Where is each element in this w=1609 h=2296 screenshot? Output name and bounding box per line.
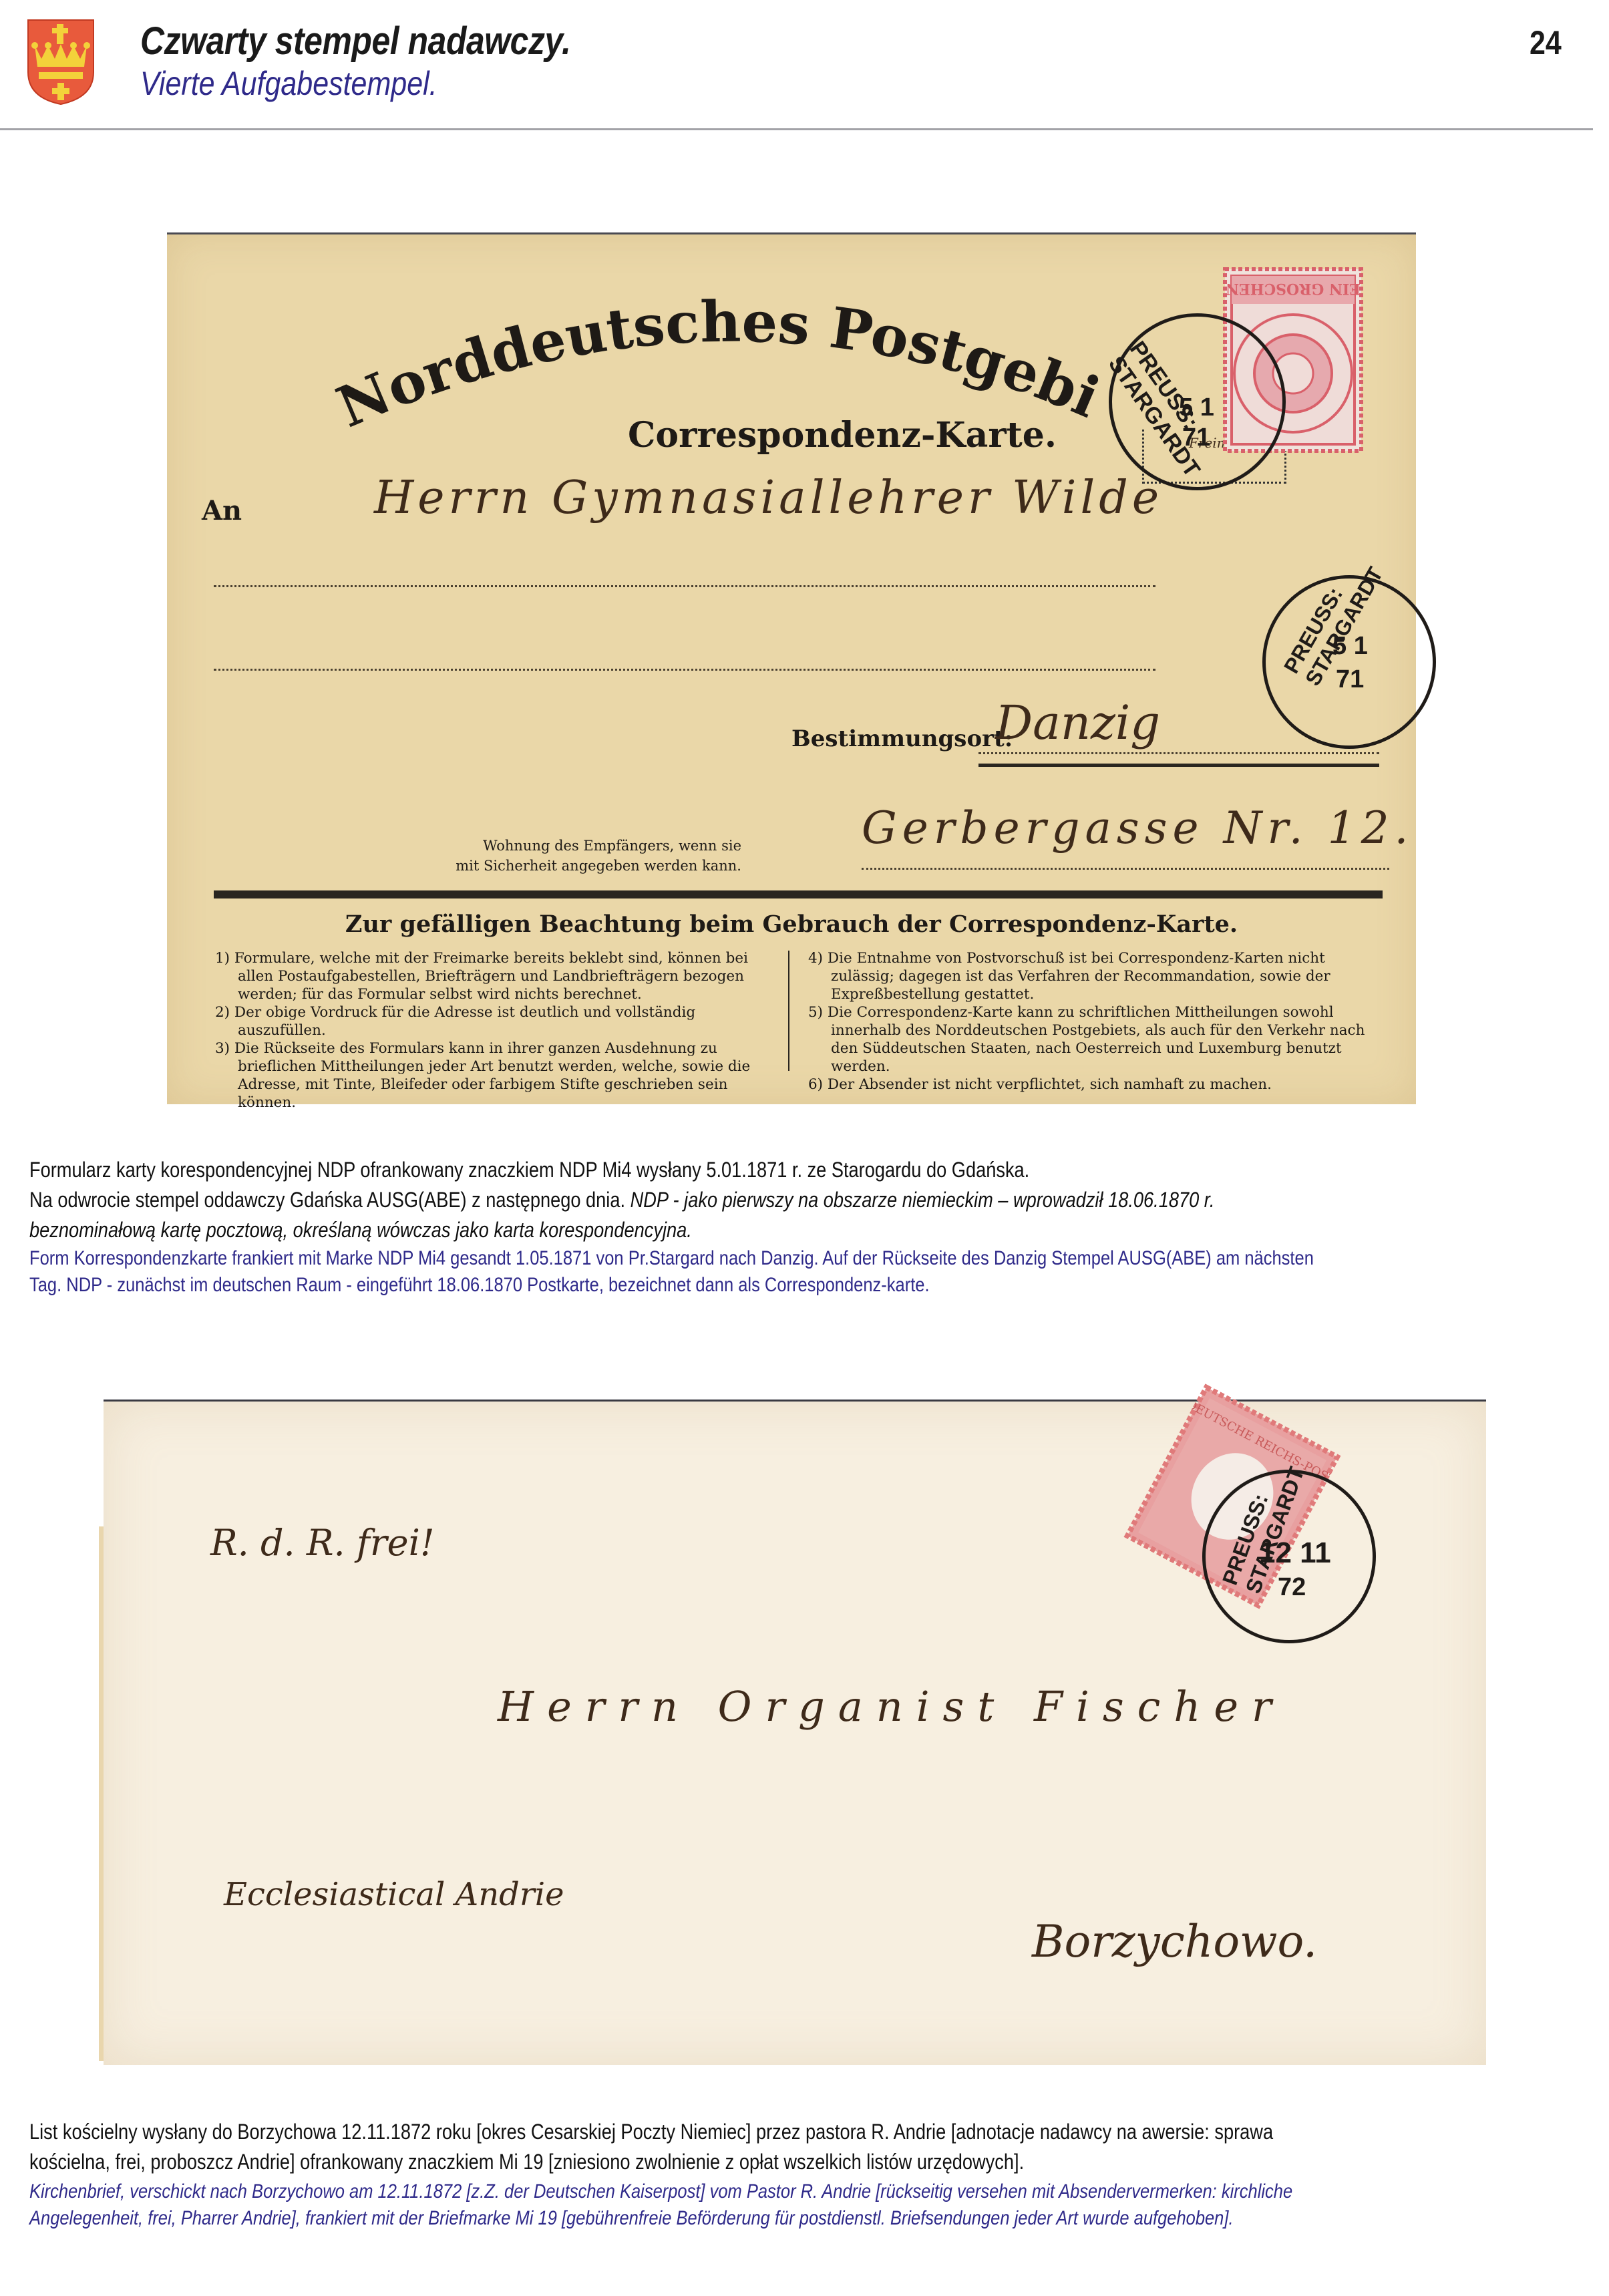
cancel-year: 71	[1182, 424, 1210, 452]
destination-handwritten: Borzychowo.	[1032, 1916, 1317, 1967]
cancel-year: 71	[1336, 665, 1364, 694]
caption-1-german-line: Tag. NDP - zunächst im deutschen Raum - …	[29, 1273, 1505, 1298]
notice-item: 2) Der obige Vordruck für die Adresse is…	[215, 1003, 769, 1039]
wohnung-label-line: Wohnung des Empfängers, wenn sie	[367, 836, 741, 856]
sender-annotation: R. d. R. frei!	[210, 1522, 435, 1564]
caption-2-german-line: Angelegenheit, frei, Pharrer Andrie], fr…	[29, 2206, 1505, 2231]
cancel-date: 12 11	[1259, 1536, 1331, 1570]
wohnung-label-line: mit Sicherheit angegeben werden kann.	[367, 856, 741, 876]
notice-title: Zur gefälligen Beachtung beim Gebrauch d…	[167, 911, 1416, 938]
caption-1-polish-line: beznominałową kartę pocztową, określaną …	[29, 1216, 1505, 1244]
caption-1-polish-line: Na odwrocie stempel oddawczy Gdańska AUS…	[29, 1186, 1505, 1214]
page-title-polish: Czwarty stempel nadawczy.	[140, 19, 570, 63]
sender-note-handwritten: Ecclesiastical Andrie	[224, 1876, 564, 1913]
preuss-stargardt-cancel-2: PREUSS: STARGARDT 5 1 71	[1262, 575, 1436, 749]
caption-2-polish-line: kościelna, frei, proboszcz Andrie] ofran…	[29, 2148, 1505, 2176]
address-dotted-line	[214, 585, 1155, 587]
caption-text: Na odwrocie stempel oddawczy Gdańska AUS…	[29, 1188, 631, 1212]
caption-1-polish-line: Formularz karty korespondencyjnej NDP of…	[29, 1156, 1505, 1184]
preuss-stargardt-cancel-letter: PREUSS: STARGARDT 12 11 72	[1202, 1470, 1376, 1643]
caption-1-german-line: Form Korrespondenzkarte frankiert mit Ma…	[29, 1246, 1505, 1271]
caption-text-italic: NDP - jako pierwszy na obszarze niemieck…	[631, 1188, 1215, 1212]
card-subheading: Correspondenz-Karte.	[628, 415, 1057, 456]
page-number: 24	[1530, 23, 1562, 62]
destination-handwritten: Danzig	[995, 695, 1160, 750]
card-separator-bar	[214, 890, 1383, 898]
destination-underline	[978, 764, 1379, 767]
notice-item: 5) Die Correspondenz-Karte kann zu schri…	[808, 1003, 1376, 1076]
stamp-value-text: EIN GROSCHEN	[1226, 280, 1361, 297]
caption-2-polish-line: List kościelny wysłany do Borzychowa 12.…	[29, 2118, 1505, 2146]
gdansk-coat-of-arms-icon	[27, 19, 95, 106]
cancel-year: 72	[1278, 1573, 1306, 1602]
notice-right-column: 4) Die Entnahme von Postvorschuß ist bei…	[808, 949, 1376, 1094]
cancel-date: 5 1	[1332, 632, 1368, 661]
address-dotted-line	[214, 669, 1155, 671]
caption-2-german-line: Kirchenbrief, verschickt nach Borzychowo…	[29, 2179, 1505, 2204]
page-title-german: Vierte Aufgabestempel.	[140, 64, 437, 103]
recipient-handwritten: Herrn Gymnasiallehrer Wilde	[374, 472, 1163, 524]
notice-item: 6) Der Absender ist nicht verpflichtet, …	[808, 1076, 1376, 1094]
notice-item: 3) Die Rückseite des Formulars kann in i…	[215, 1039, 769, 1112]
notice-item: 4) Die Entnahme von Postvorschuß ist bei…	[808, 949, 1376, 1003]
residence-handwritten: Gerbergasse Nr. 12.	[862, 802, 1414, 854]
notice-left-column: 1) Formulare, welche mit der Freimarke b…	[215, 949, 769, 1112]
recipient-handwritten: Herrn Organist Fischer	[498, 1682, 1285, 1731]
correspondence-card: Norddeutsches Postgebiet. Correspondenz-…	[167, 232, 1416, 1104]
preuss-stargardt-cancel-1: PREUSS: STARGARDT 5 1 71	[1109, 313, 1286, 490]
bestimmungsort-label: Bestimmungsort:	[791, 725, 1013, 752]
residence-dotted-line	[862, 868, 1389, 870]
wohnung-label: Wohnung des Empfängers, wenn sie mit Sic…	[367, 836, 741, 876]
cancel-date: 5 1	[1179, 393, 1214, 422]
an-label: An	[202, 495, 242, 526]
notice-item: 1) Formulare, welche mit der Freimarke b…	[215, 949, 769, 1003]
header-divider	[0, 128, 1593, 130]
notice-column-divider	[788, 951, 789, 1071]
destination-dotted-line	[978, 752, 1379, 754]
